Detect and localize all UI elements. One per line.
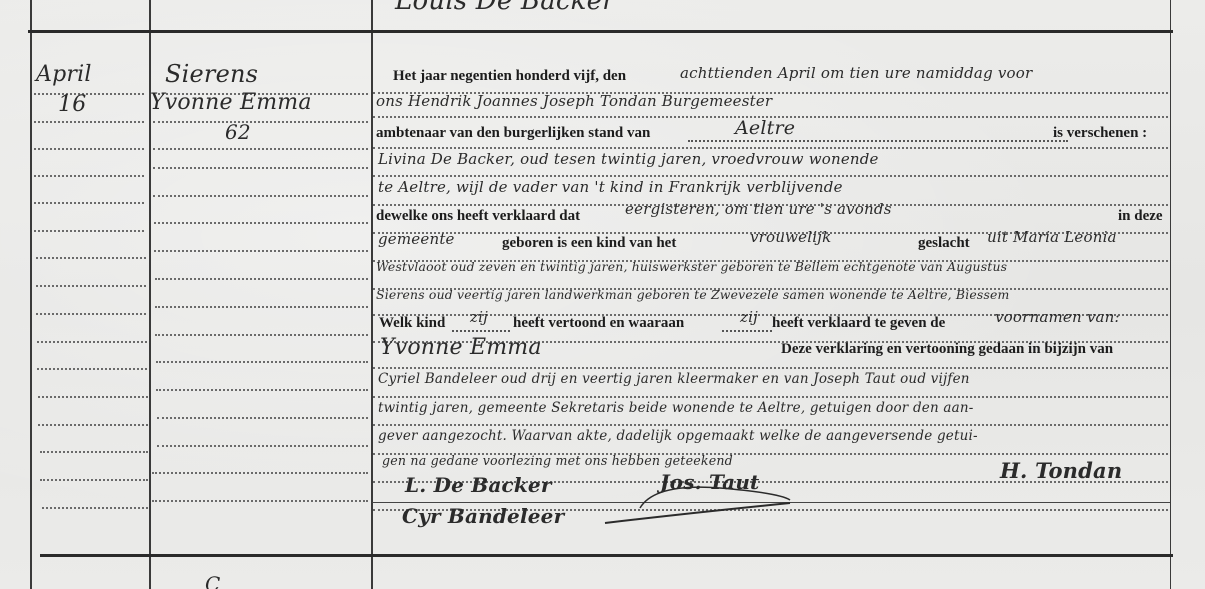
margin-rule	[38, 424, 148, 426]
margin-rule	[42, 507, 148, 509]
body-line6-hand: eergisteren, om tien ure 's avonds	[625, 200, 892, 218]
entry-day: 16	[58, 92, 86, 117]
body-line6-print-end: in deze	[1118, 208, 1163, 225]
fill-dots	[452, 330, 510, 332]
body-line8-hand: Westvlaoot oud zeven en twintig jaren, h…	[376, 259, 1007, 274]
margin-rule	[36, 313, 146, 315]
body-line10-print-a: Welk kind	[379, 315, 445, 332]
margin-rule	[34, 93, 144, 95]
name-rule	[153, 195, 368, 197]
column-rule-left	[30, 0, 32, 589]
margin-rule	[37, 368, 147, 370]
body-line7-hand2: vrouwelijk	[750, 228, 831, 246]
body-rule	[373, 367, 1168, 369]
margin-rule	[36, 257, 146, 259]
next-entry-fragment: C	[205, 572, 221, 589]
margin-rule	[34, 148, 144, 150]
body-line1-print: Het jaar negentien honderd vijf, den	[393, 68, 626, 85]
body-line7-print2: geslacht	[918, 235, 970, 252]
body-line10-hand-a: zij	[470, 308, 488, 326]
body-line15-hand: gen na gedane voorlezing met ons hebben …	[382, 453, 733, 468]
name-rule	[157, 445, 368, 447]
body-line11-hand: Yvonne Emma	[380, 335, 542, 360]
body-line3-hand: Aeltre	[735, 117, 795, 139]
body-line7-hand: gemeente	[378, 230, 455, 248]
signature-declarant: L. De Backer	[405, 473, 552, 497]
name-rule	[152, 472, 368, 474]
body-rule	[373, 396, 1168, 398]
child-surname: Sierens	[165, 60, 258, 88]
body-line9-hand: Sierens oud veertig jaren landwerkman ge…	[376, 287, 1010, 302]
column-rule-name	[149, 0, 151, 589]
body-rule	[373, 175, 1168, 177]
body-rule	[373, 424, 1168, 426]
signature-official: H. Tondan	[1000, 458, 1122, 483]
name-rule	[156, 389, 368, 391]
fill-dots	[688, 140, 1068, 142]
entry-separator-top	[28, 30, 1173, 33]
name-rule	[153, 148, 368, 150]
body-line10-hand-b: zij	[740, 308, 758, 326]
body-line10-print-c: heeft verklaard te geven de	[772, 315, 945, 332]
register-page: Louis De Backer April 16 Sierens Yvonne …	[0, 0, 1205, 589]
body-line10-hand-c: voornamen van:	[995, 308, 1120, 326]
body-line14-hand: gever aangezocht. Waarvan akte, dadelijk…	[378, 428, 978, 444]
name-rule	[156, 361, 368, 363]
body-line6-print: dewelke ons heeft verklaard dat	[376, 208, 580, 225]
margin-rule	[40, 479, 148, 481]
fill-dots	[722, 330, 772, 332]
name-rule	[154, 222, 368, 224]
body-line7-print: geboren is een kind van het	[502, 235, 676, 252]
body-line2-hand: ons Hendrik Joannes Joseph Tondan Burgem…	[376, 92, 772, 110]
name-rule	[157, 417, 368, 419]
body-line3-print-end: is verschenen :	[1053, 125, 1147, 142]
name-rule	[155, 334, 368, 336]
body-line12-hand: Cyriel Bandeleer oud drij en veertig jar…	[378, 371, 970, 387]
name-rule	[153, 121, 368, 123]
body-line3-print: ambtenaar van den burgerlijken stand van	[376, 125, 650, 142]
body-line10-print-b: heeft vertoond en waaraan	[513, 315, 684, 332]
name-rule	[155, 278, 368, 280]
entry-separator-bottom	[40, 554, 1173, 557]
margin-rule	[34, 202, 144, 204]
entry-month: April	[36, 62, 92, 87]
margin-rule	[34, 121, 144, 123]
previous-entry-signature: Louis De Backer	[395, 0, 615, 16]
body-line7-hand3: uit Maria Leonia	[987, 228, 1117, 246]
signature-witness2: Cyr Bandeleer	[402, 504, 564, 528]
margin-rule	[40, 451, 148, 453]
body-line13-hand: twintig jaren, gemeente Sekretaris beide…	[378, 400, 974, 416]
margin-rule	[38, 396, 148, 398]
signature-flourish	[600, 478, 800, 528]
name-rule	[153, 167, 368, 169]
body-line5-hand: te Aeltre, wijl de vader van 't kind in …	[378, 178, 843, 196]
name-rule	[152, 500, 368, 502]
name-rule	[154, 250, 368, 252]
margin-rule	[37, 341, 147, 343]
margin-rule	[34, 175, 144, 177]
margin-rule	[34, 230, 144, 232]
body-line1-hand: achttienden April om tien ure namiddag v…	[680, 64, 1032, 82]
body-rule	[373, 147, 1168, 149]
body-line4-hand: Livina De Backer, oud tesen twintig jare…	[378, 150, 879, 168]
name-rule	[155, 306, 368, 308]
child-given-names: Yvonne Emma	[150, 90, 312, 115]
margin-rule	[36, 285, 146, 287]
column-rule-body	[371, 0, 373, 589]
body-line11-print: Deze verklaring en vertooning gedaan in …	[781, 341, 1113, 358]
record-number: 62	[225, 120, 251, 144]
column-rule-right	[1170, 0, 1171, 589]
